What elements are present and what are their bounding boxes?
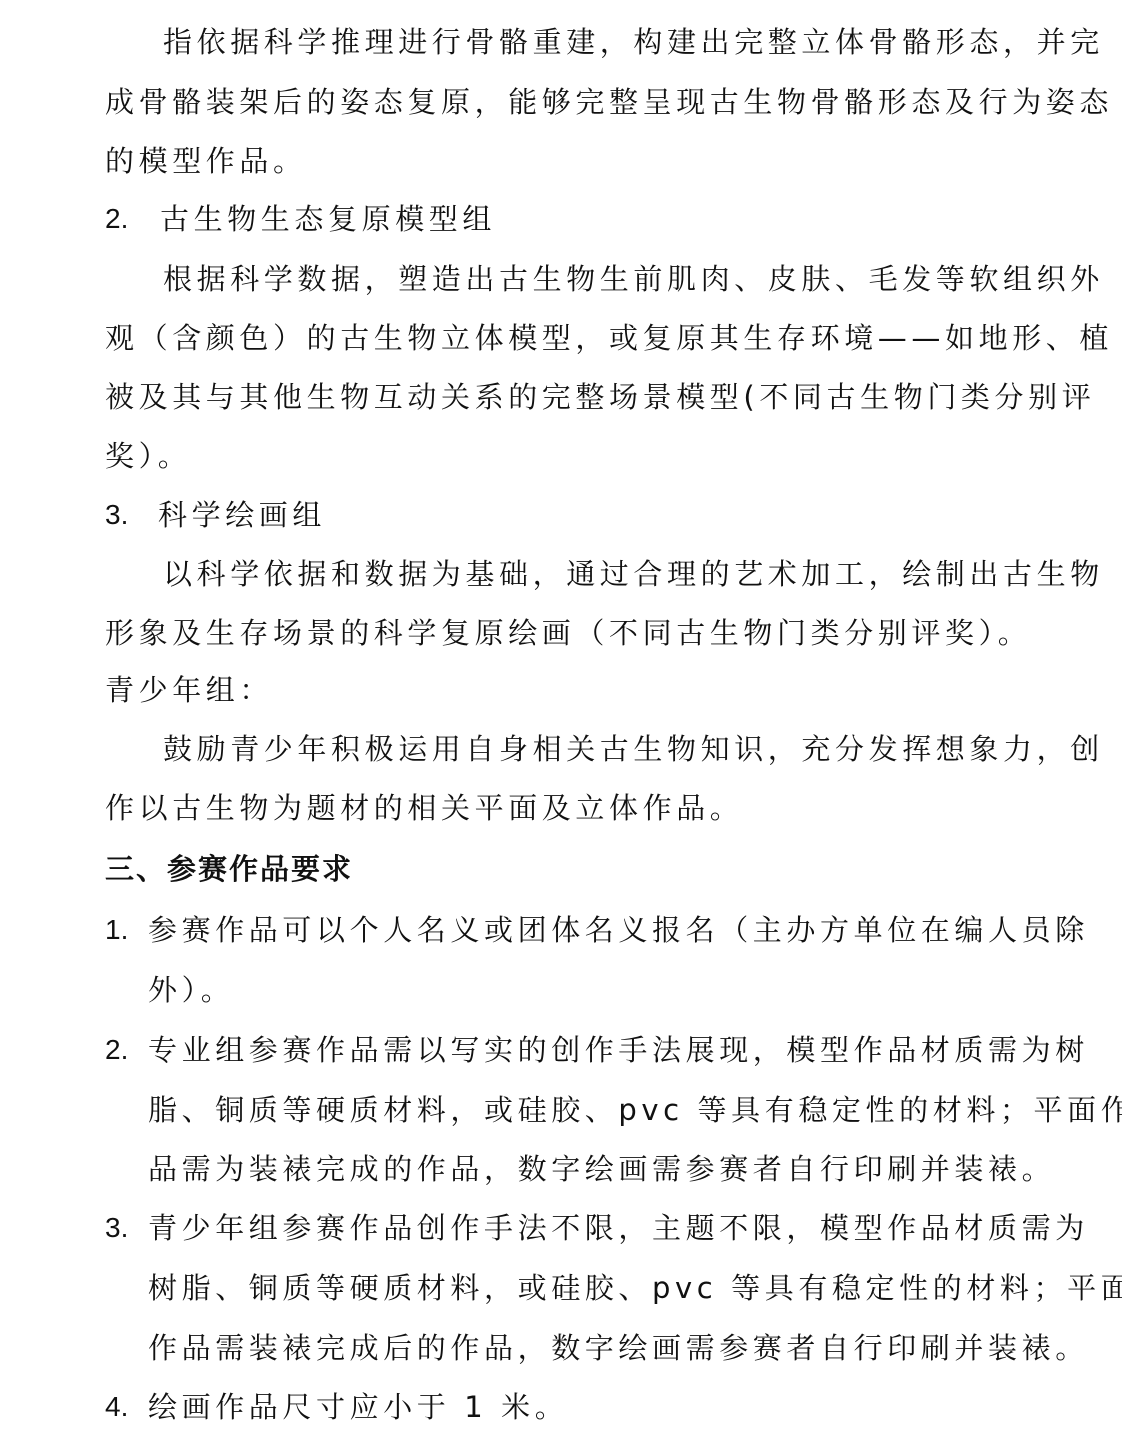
list-item-line: 专业组参赛作品需以写实的创作手法展现，模型作品材质需为树 [148,1030,1089,1070]
list-number: 2. [105,1030,128,1070]
section-heading: 三、参赛作品要求 [105,849,353,889]
subsection-title: 科学绘画组 [158,495,326,535]
subsection-title: 古生物生态复原模型组 [160,199,496,239]
subsection-title: 青少年组： [105,670,273,710]
list-number: 4. [105,1387,128,1427]
paragraph-line: 鼓励青少年积极运用自身相关古生物知识，充分发挥想象力，创 [163,729,1104,769]
paragraph-line: 作以古生物为题材的相关平面及立体作品。 [105,788,743,828]
list-number: 3. [105,1208,128,1248]
paragraph-line: 根据科学数据，塑造出古生物生前肌肉、皮肤、毛发等软组织外 [163,259,1104,299]
list-item-line: 外）。 [148,970,234,1010]
paragraph-line: 形象及生存场景的科学复原绘画（不同古生物门类分别评奖）。 [105,613,1031,653]
paragraph-line: 观（含颜色）的古生物立体模型，或复原其生存环境——如地形、植 [105,318,1113,358]
paragraph-line: 奖）。 [105,436,191,476]
list-number: 1. [105,910,128,950]
paragraph-line: 的模型作品。 [105,141,307,181]
list-number: 3. [105,495,128,535]
list-item-line: 参赛作品可以个人名义或团体名义报名（主办方单位在编人员除 [148,910,1089,950]
paragraph-line: 以科学依据和数据为基础，通过合理的艺术加工，绘制出古生物 [163,554,1104,594]
paragraph-line: 成骨骼装架后的姿态复原，能够完整呈现古生物骨骼形态及行为姿态 [105,82,1113,122]
list-item-line: 绘画作品尺寸应小于 1 米。 [148,1387,568,1427]
list-item-line: 青少年组参赛作品创作手法不限，主题不限，模型作品材质需为 [148,1208,1089,1248]
list-item-line: 作品需装裱完成后的作品，数字绘画需参赛者自行印刷并装裱。 [148,1328,1089,1368]
paragraph-line: 被及其与其他生物互动关系的完整场景模型(不同古生物门类分别评 [105,377,1095,417]
list-item-line: 脂、铜质等硬质材料，或硅胶、pvc 等具有稳定性的材料；平面作 [148,1090,1122,1130]
list-item-line: 树脂、铜质等硬质材料，或硅胶、pvc 等具有稳定性的材料；平面 [148,1268,1122,1308]
list-number: 2. [105,199,128,239]
paragraph-line: 指依据科学推理进行骨骼重建，构建出完整立体骨骼形态，并完 [163,22,1104,62]
list-item-line: 品需为装裱完成的作品，数字绘画需参赛者自行印刷并装裱。 [148,1149,1055,1189]
